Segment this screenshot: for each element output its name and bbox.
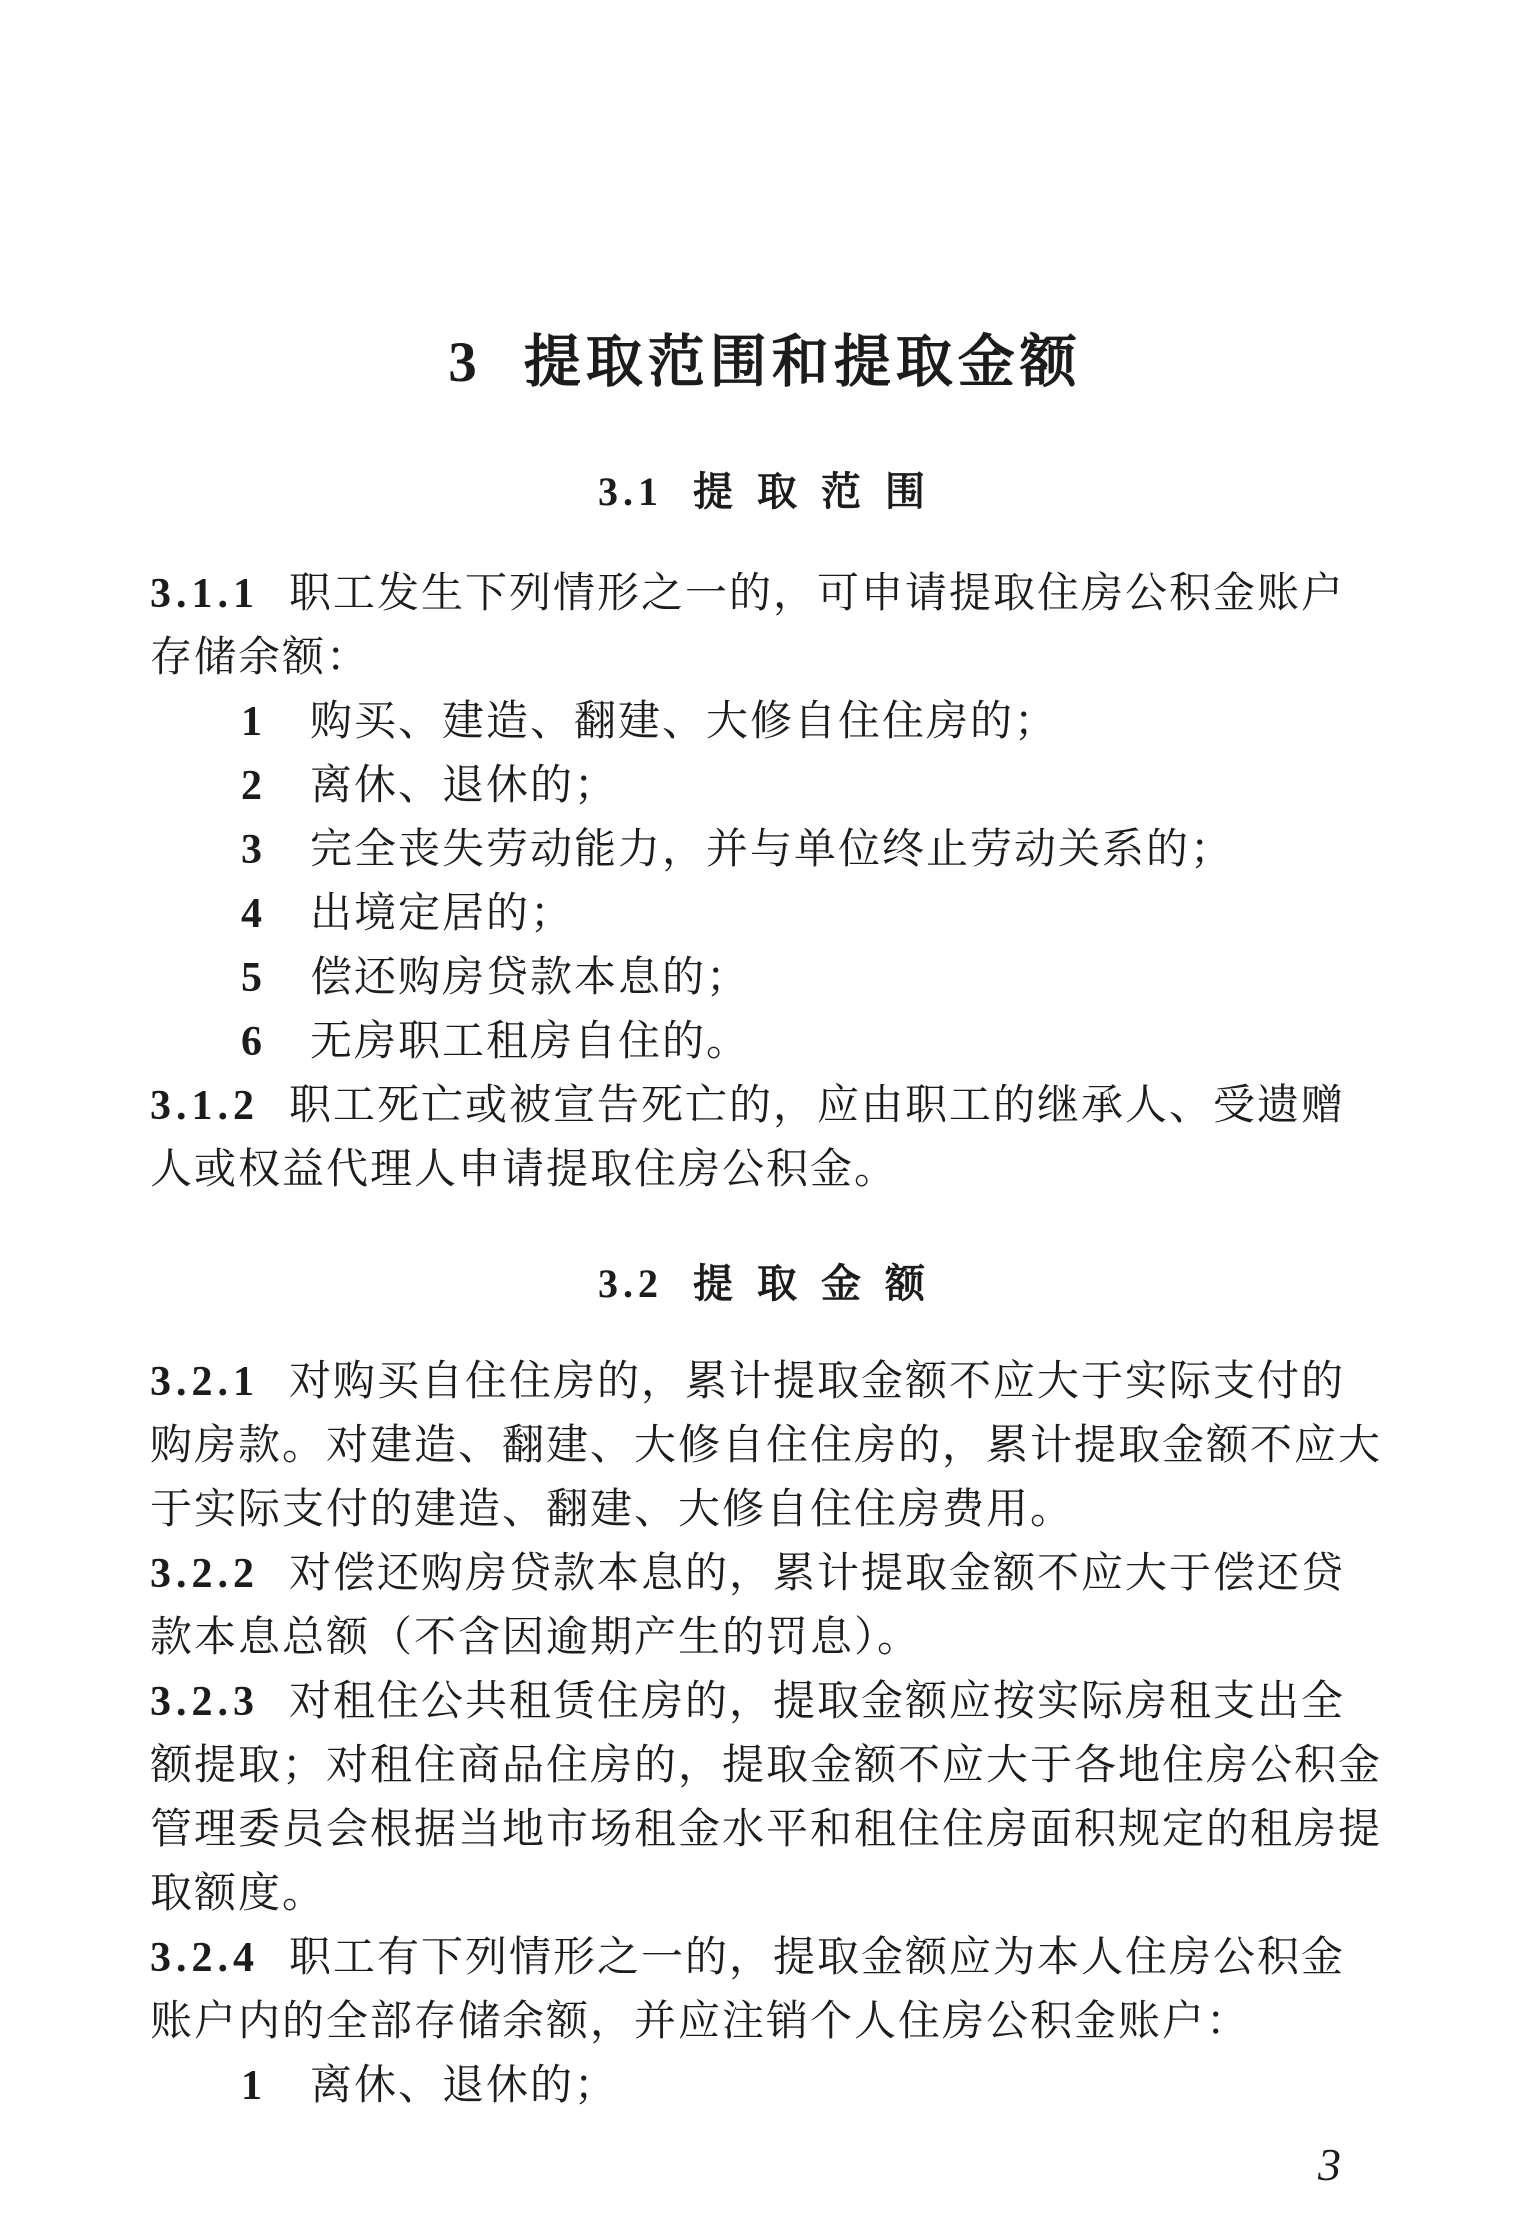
section-3-1-body: 3.1.1职工发生下列情形之一的，可申请提取住房公积金账户 存储余额： 1购买、… bbox=[150, 562, 1400, 1202]
list-item: 6无房职工租房自住的。 bbox=[150, 1010, 1400, 1074]
paragraph-3-1-1-line-1: 3.1.1职工发生下列情形之一的，可申请提取住房公积金账户 bbox=[150, 562, 1400, 626]
section-3-2-number: 3.2 bbox=[598, 1261, 663, 1306]
paragraph-3-2-1-line-2: 购房款。对建造、翻建、大修自住住房的，累计提取金额不应大 bbox=[150, 1414, 1400, 1478]
paragraph-3-2-3-text-cont: 管理委员会根据当地市场租金水平和租住住房面积规定的租房提 bbox=[150, 1807, 1382, 1853]
list-item-text: 购买、建造、翻建、大修自住住房的； bbox=[310, 699, 1058, 745]
paragraph-3-1-1-text-cont: 存储余额： bbox=[150, 635, 370, 681]
chapter-number: 3 bbox=[448, 331, 482, 394]
paragraph-3-2-4-number: 3.2.4 bbox=[150, 1935, 259, 1981]
paragraph-3-2-2-text: 对偿还购房贷款本息的，累计提取金额不应大于偿还贷 bbox=[289, 1551, 1345, 1597]
list-item: 5偿还购房贷款本息的； bbox=[150, 946, 1400, 1010]
paragraph-3-2-3-line-3: 管理委员会根据当地市场租金水平和租住住房面积规定的租房提 bbox=[150, 1798, 1400, 1862]
list-item-number: 3 bbox=[241, 827, 264, 873]
paragraph-3-2-2-line-2: 款本息总额（不含因逾期产生的罚息）。 bbox=[150, 1606, 1400, 1670]
list-item: 3完全丧失劳动能力，并与单位终止劳动关系的； bbox=[150, 818, 1400, 882]
list-item: 4出境定居的； bbox=[150, 882, 1400, 946]
paragraph-3-1-1-number: 3.1.1 bbox=[150, 571, 259, 617]
section-3-2-heading: 3.2提 取 金 额 bbox=[0, 1252, 1530, 1309]
list-item-text: 离休、退休的； bbox=[310, 763, 618, 809]
page-number: 3 bbox=[1318, 2138, 1341, 2191]
list-item-number: 1 bbox=[241, 699, 264, 745]
paragraph-3-2-1-text-cont: 购房款。对建造、翻建、大修自住住房的，累计提取金额不应大 bbox=[150, 1423, 1382, 1469]
list-item-number: 5 bbox=[241, 955, 264, 1001]
list-item-text: 出境定居的； bbox=[310, 891, 574, 937]
section-3-2-title: 提 取 金 额 bbox=[693, 1261, 932, 1306]
paragraph-3-1-2-text: 职工死亡或被宣告死亡的，应由职工的继承人、受遗赠 bbox=[289, 1083, 1345, 1129]
paragraph-3-1-2-text-cont: 人或权益代理人申请提取住房公积金。 bbox=[150, 1147, 898, 1193]
list-item-number: 4 bbox=[241, 891, 264, 937]
paragraph-3-1-1-line-2: 存储余额： bbox=[150, 626, 1400, 690]
paragraph-3-2-3-text-cont: 额提取；对租住商品住房的，提取金额不应大于各地住房公积金 bbox=[150, 1743, 1382, 1789]
paragraph-3-2-3-line-1: 3.2.3对租住公共租赁住房的，提取金额应按实际房租支出全 bbox=[150, 1670, 1400, 1734]
list-item-number: 2 bbox=[241, 763, 264, 809]
paragraph-3-2-2-text-cont: 款本息总额（不含因逾期产生的罚息）。 bbox=[150, 1615, 921, 1661]
list-item: 2离休、退休的； bbox=[150, 754, 1400, 818]
list-item: 1购买、建造、翻建、大修自住住房的； bbox=[150, 690, 1400, 754]
paragraph-3-2-3-text-cont: 取额度。 bbox=[150, 1871, 326, 1917]
chapter-title-text: 提取范围和提取金额 bbox=[524, 331, 1082, 394]
paragraph-3-2-1-number: 3.2.1 bbox=[150, 1359, 259, 1405]
list-item-text: 完全丧失劳动能力，并与单位终止劳动关系的； bbox=[310, 827, 1234, 873]
list-item-text: 偿还购房贷款本息的； bbox=[310, 955, 750, 1001]
document-page: 3提取范围和提取金额 3.1提 取 范 围 3.1.1职工发生下列情形之一的，可… bbox=[0, 0, 1530, 2237]
list-item-text: 无房职工租房自住的。 bbox=[310, 1019, 750, 1065]
section-3-1-number: 3.1 bbox=[598, 469, 663, 514]
section-3-1-title: 提 取 范 围 bbox=[693, 469, 932, 514]
paragraph-3-2-2-number: 3.2.2 bbox=[150, 1551, 259, 1597]
paragraph-3-1-2-line-2: 人或权益代理人申请提取住房公积金。 bbox=[150, 1138, 1400, 1202]
paragraph-3-2-4-text: 职工有下列情形之一的，提取金额应为本人住房公积金 bbox=[289, 1935, 1345, 1981]
paragraph-3-2-3-number: 3.2.3 bbox=[150, 1679, 259, 1725]
section-3-2-body: 3.2.1对购买自住住房的，累计提取金额不应大于实际支付的 购房款。对建造、翻建… bbox=[150, 1350, 1400, 2118]
list-item-number: 1 bbox=[241, 2063, 264, 2109]
paragraph-3-2-3-line-2: 额提取；对租住商品住房的，提取金额不应大于各地住房公积金 bbox=[150, 1734, 1400, 1798]
paragraph-3-2-2-line-1: 3.2.2对偿还购房贷款本息的，累计提取金额不应大于偿还贷 bbox=[150, 1542, 1400, 1606]
paragraph-3-2-3-line-4: 取额度。 bbox=[150, 1862, 1400, 1926]
paragraph-3-1-1-text: 职工发生下列情形之一的，可申请提取住房公积金账户 bbox=[289, 571, 1345, 617]
list-item-text: 离休、退休的； bbox=[310, 2063, 618, 2109]
paragraph-3-2-4-line-1: 3.2.4职工有下列情形之一的，提取金额应为本人住房公积金 bbox=[150, 1926, 1400, 1990]
paragraph-3-2-1-line-3: 于实际支付的建造、翻建、大修自住住房费用。 bbox=[150, 1478, 1400, 1542]
paragraph-3-2-4-text-cont: 账户内的全部存储余额，并应注销个人住房公积金账户： bbox=[150, 1999, 1250, 2045]
paragraph-3-2-4-line-2: 账户内的全部存储余额，并应注销个人住房公积金账户： bbox=[150, 1990, 1400, 2054]
paragraph-3-1-2-number: 3.1.2 bbox=[150, 1083, 259, 1129]
paragraph-3-2-1-text-cont: 于实际支付的建造、翻建、大修自住住房费用。 bbox=[150, 1487, 1074, 1533]
list-item: 1离休、退休的； bbox=[150, 2054, 1400, 2118]
paragraph-3-1-2-line-1: 3.1.2职工死亡或被宣告死亡的，应由职工的继承人、受遗赠 bbox=[150, 1074, 1400, 1138]
section-3-1-heading: 3.1提 取 范 围 bbox=[0, 460, 1530, 517]
list-item-number: 6 bbox=[241, 1019, 264, 1065]
chapter-title: 3提取范围和提取金额 bbox=[0, 316, 1530, 398]
paragraph-3-2-1-text: 对购买自住住房的，累计提取金额不应大于实际支付的 bbox=[289, 1359, 1345, 1405]
paragraph-3-2-3-text: 对租住公共租赁住房的，提取金额应按实际房租支出全 bbox=[289, 1679, 1345, 1725]
paragraph-3-2-1-line-1: 3.2.1对购买自住住房的，累计提取金额不应大于实际支付的 bbox=[150, 1350, 1400, 1414]
